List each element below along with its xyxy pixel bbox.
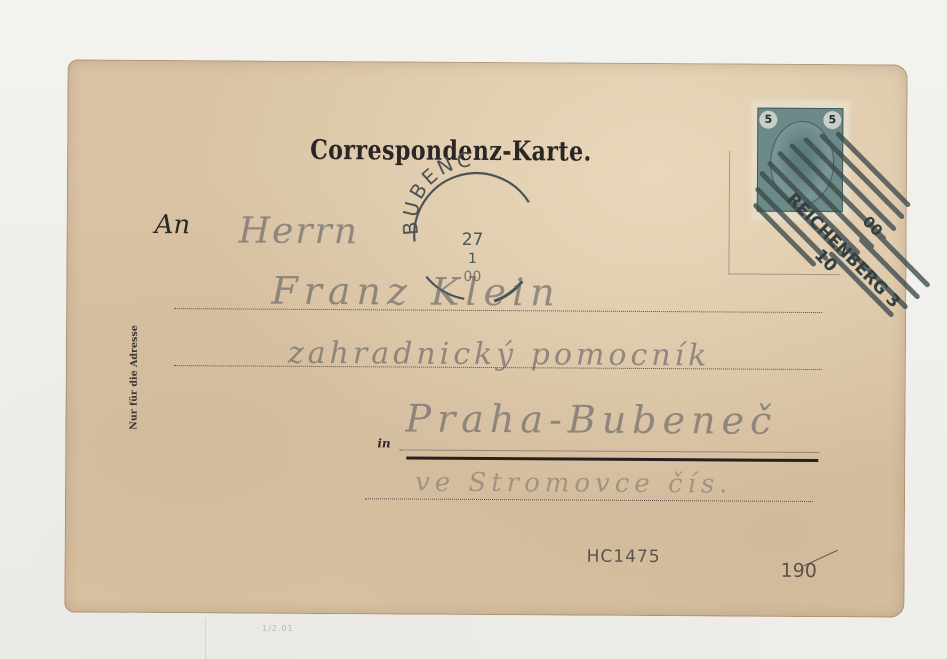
address-line-3 (399, 449, 819, 453)
destination-underline (406, 457, 818, 463)
handwriting-recipient-name: Franz Klein (271, 269, 561, 315)
svg-text:BUBENC: BUBENC (398, 146, 476, 236)
handwriting-recipient-title: Herrn (239, 210, 360, 252)
salutation-label: An (155, 210, 191, 240)
address-line-4 (365, 498, 813, 502)
pencil-inventory-code: HC1475 (587, 547, 661, 567)
handwriting-city: Praha-Bubeneč (405, 397, 777, 443)
scan-crease (205, 618, 206, 659)
address-only-note: Nur für die Adresse (128, 325, 140, 430)
svg-text:27: 27 (462, 230, 484, 250)
destination-label: in (377, 436, 390, 450)
handwriting-occupation: zahradnický pomocník (288, 336, 711, 374)
pencil-price-stroke (800, 548, 850, 578)
handwriting-street: ve Stromovce čís. (415, 468, 733, 500)
scan-smudge: 1/2.01 (262, 624, 284, 632)
postcard: Correspondenz-Karte. An Nur für die Adre… (64, 59, 907, 617)
svg-text:1: 1 (468, 251, 477, 267)
stamp-cancellation: REICHENBERG 3 10 00 (721, 103, 922, 324)
